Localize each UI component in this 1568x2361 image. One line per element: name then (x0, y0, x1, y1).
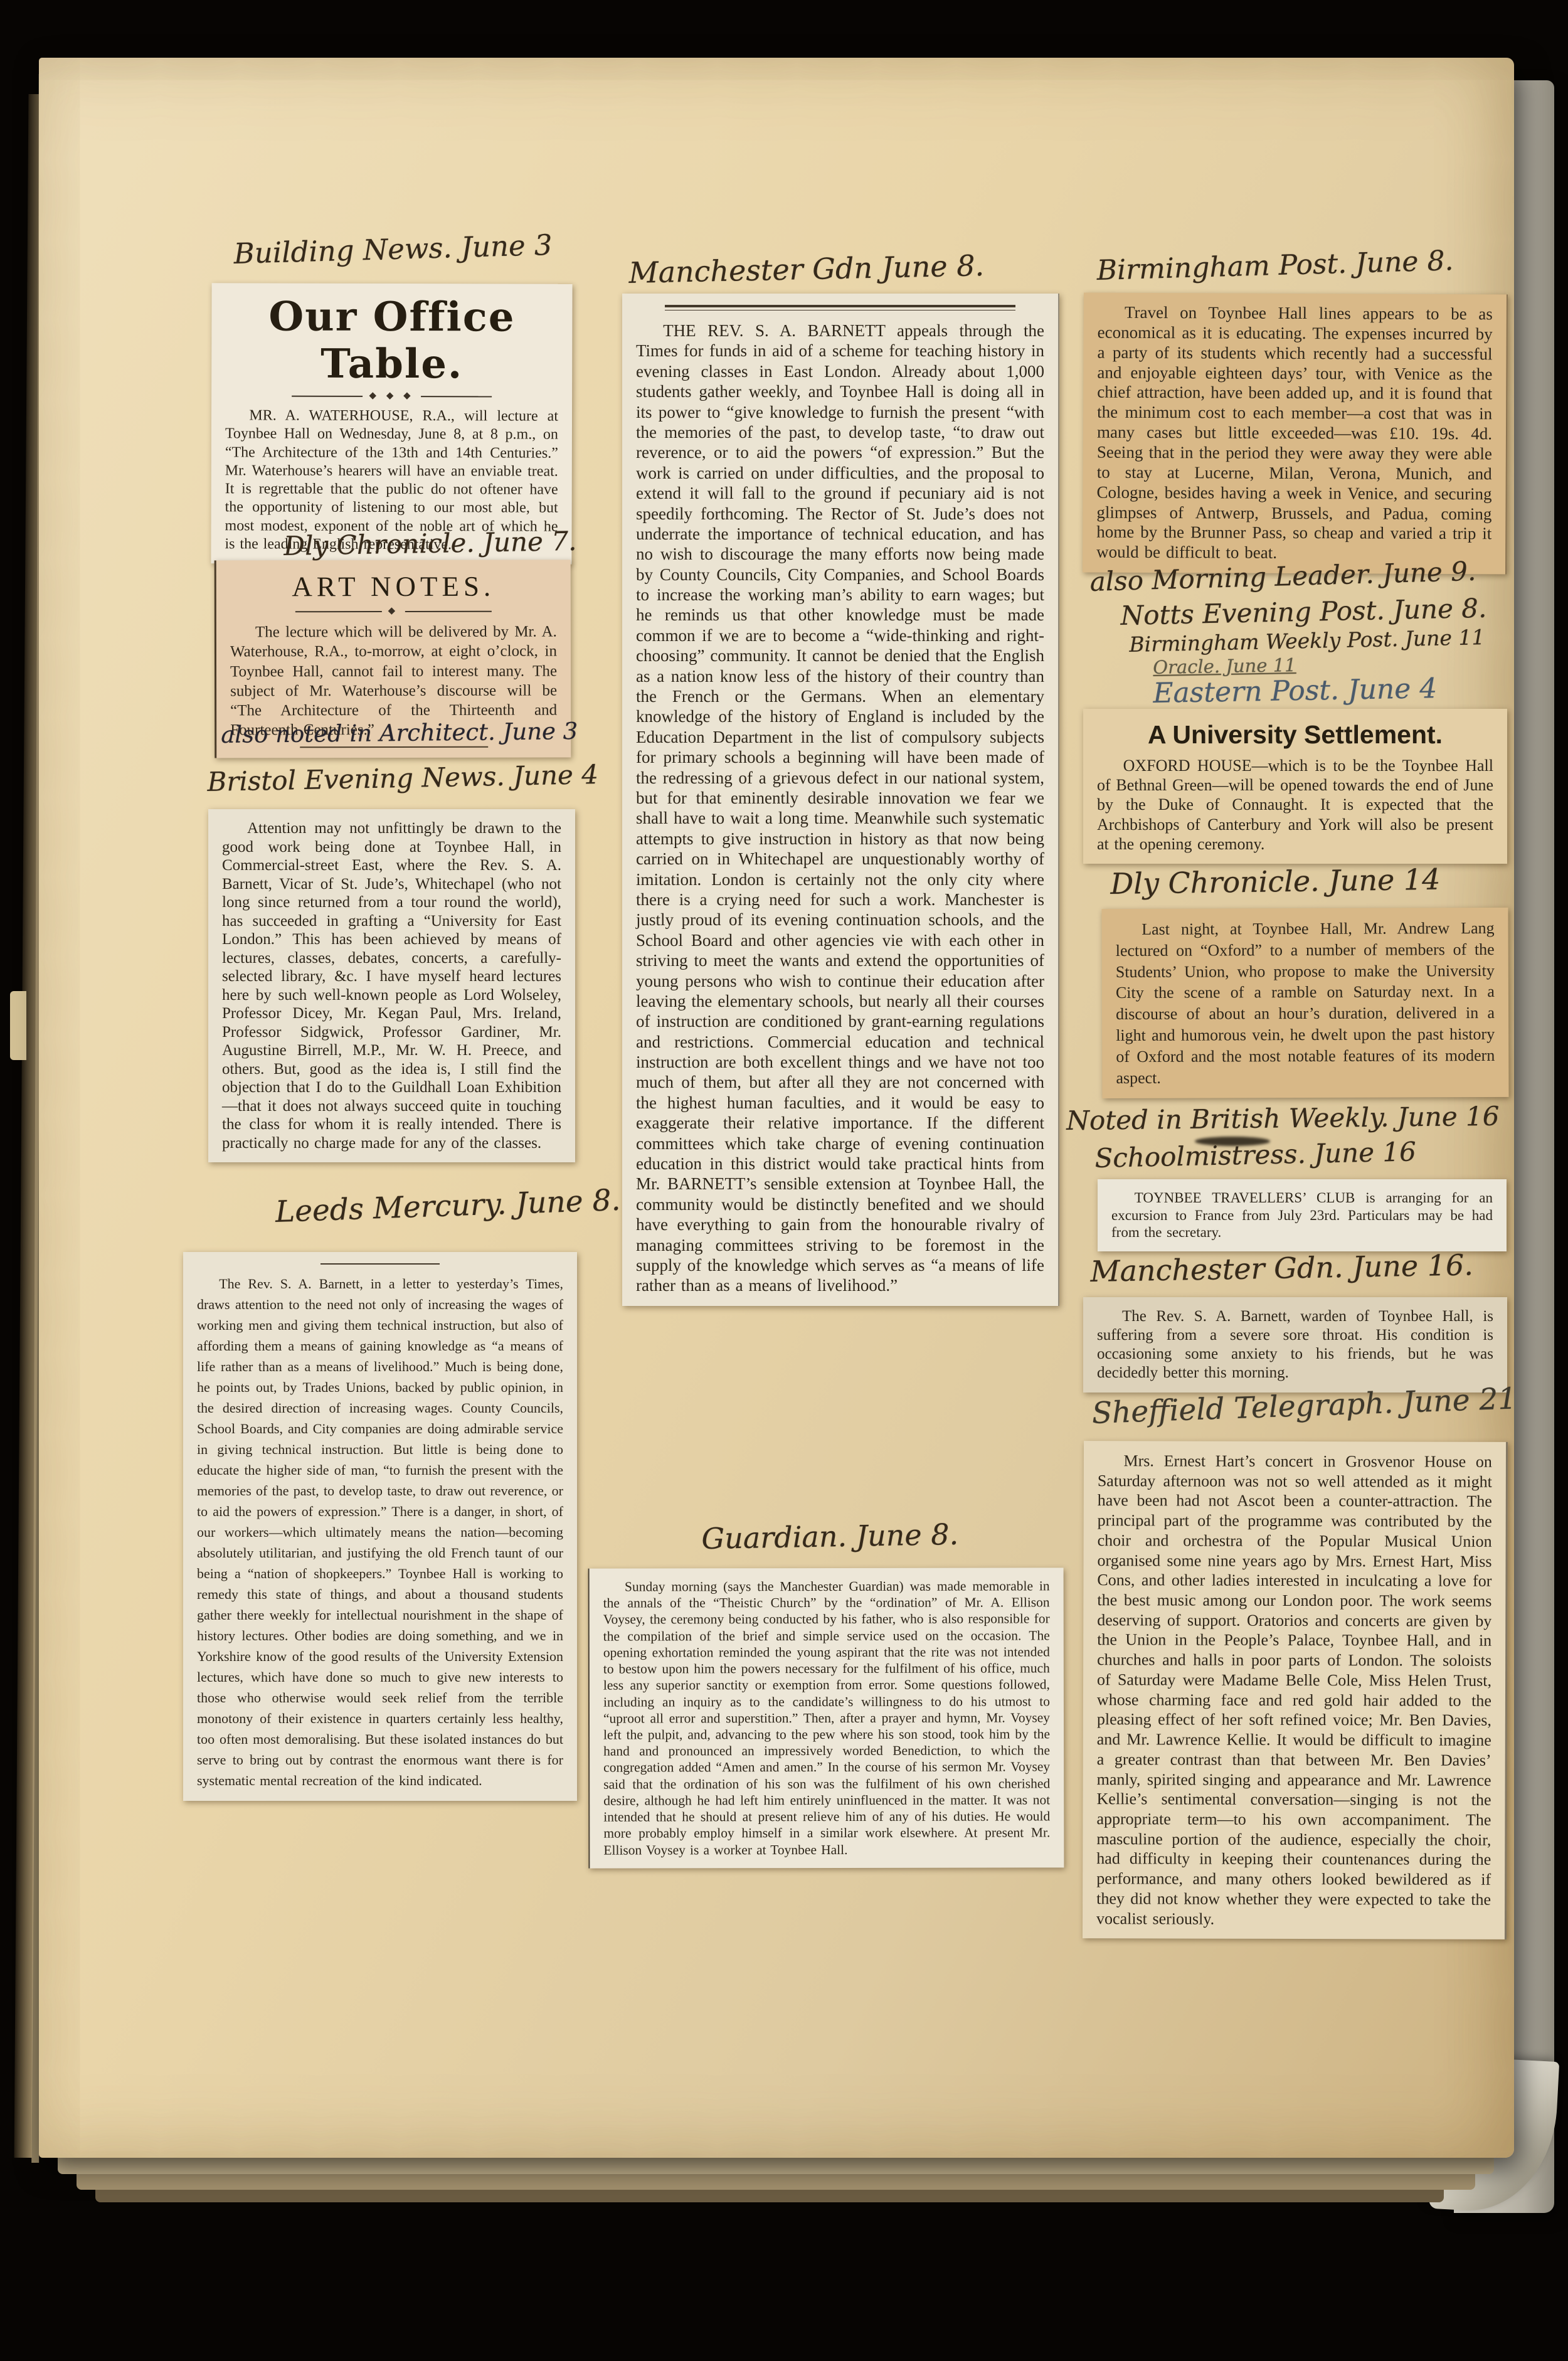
clipping-top-rule (665, 305, 1016, 310)
handwritten-source-note: also noted in Architect. June 3 (221, 718, 578, 748)
clipping-body: Last night, at Toynbee Hall, Mr. Andrew … (1116, 918, 1495, 1088)
handwritten-source-note: Dly Chronicle. June 14 (1110, 862, 1441, 901)
handwritten-source-note: Eastern Post. June 4 (1153, 672, 1438, 709)
heading-ornament-icon: ◆ (295, 607, 492, 617)
handwritten-source-note: Dly Chronicle. June 7. (283, 526, 577, 561)
clipping-body: The Rev. S. A. Barnett, warden of Toynbe… (1097, 1307, 1493, 1382)
page-stack-edge (77, 2174, 1475, 2190)
newspaper-clipping-travel: Travel on Toynbee Hall lines appears to … (1083, 293, 1508, 575)
handwritten-source-note: Guardian. June 8. (701, 1517, 959, 1556)
newspaper-clipping-travellers-club: TOYNBEE TRAVELLERS’ CLUB is arranging fo… (1098, 1179, 1507, 1251)
clipping-body: The Rev. S. A. Barnett, in a letter to y… (197, 1273, 563, 1791)
clipping-body: OXFORD HOUSE—which is to be the Toynbee … (1097, 756, 1493, 854)
clipping-title: A University Settlement. (1097, 720, 1493, 750)
clipping-top-rule (320, 1263, 440, 1265)
heading-ornament-icon: ◆ ◆ ◆ (292, 391, 492, 401)
newspaper-clipping-bristol: Attention may not unfittingly be drawn t… (208, 809, 575, 1162)
clipping-title: Our Office Table. (225, 293, 558, 388)
newspaper-clipping-university-settlement: A University Settlement. OXFORD HOUSE—wh… (1083, 709, 1507, 864)
page-edge-tab (10, 991, 26, 1060)
clipping-body: Attention may not unfittingly be drawn t… (222, 819, 561, 1152)
page-stack-edge (58, 2158, 1494, 2174)
clipping-body: Mrs. Ernest Hart’s concert in Grosvenor … (1096, 1451, 1492, 1929)
clipping-title: ART NOTES. (230, 570, 557, 603)
handwritten-source-note: Manchester Gdn. June 16. (1090, 1248, 1473, 1288)
newspaper-clipping-voysey-ordination: Sunday morning (says the Manchester Guar… (588, 1568, 1064, 1868)
newspaper-clipping-hart-concert: Mrs. Ernest Hart’s concert in Grosvenor … (1083, 1441, 1508, 1939)
newspaper-clipping-leeds: The Rev. S. A. Barnett, in a letter to y… (183, 1252, 577, 1801)
ink-smudge (1195, 1137, 1270, 1146)
scrapbook-scan: Building News. June 3 Our Office Table. … (0, 0, 1568, 2361)
page-stack-edge (95, 2190, 1444, 2202)
newspaper-clipping-our-office-table: Our Office Table. ◆ ◆ ◆ MR. A. WATERHOUS… (211, 283, 572, 565)
clipping-body: Sunday morning (says the Manchester Guar… (603, 1578, 1051, 1858)
clipping-body: Travel on Toynbee Hall lines appears to … (1096, 303, 1493, 565)
diamond-ornament-icon: ◆ ◆ ◆ (363, 391, 421, 401)
newspaper-clipping-andrew-lang: Last night, at Toynbee Hall, Mr. Andrew … (1101, 908, 1508, 1099)
diamond-ornament-icon: ◆ (382, 607, 406, 616)
handwritten-source-note: Noted in British Weekly. June 16 (1066, 1101, 1500, 1136)
newspaper-clipping-manchester-guardian: THE REV. S. A. BARNETT appeals through t… (622, 294, 1059, 1306)
clipping-body: THE REV. S. A. BARNETT appeals through t… (636, 321, 1044, 1296)
newspaper-clipping-barnett-health: The Rev. S. A. Barnett, warden of Toynbe… (1083, 1297, 1507, 1393)
clipping-body: TOYNBEE TRAVELLERS’ CLUB is arranging fo… (1111, 1189, 1493, 1241)
handwritten-source-note: Oracle. June 11 (1153, 654, 1296, 678)
